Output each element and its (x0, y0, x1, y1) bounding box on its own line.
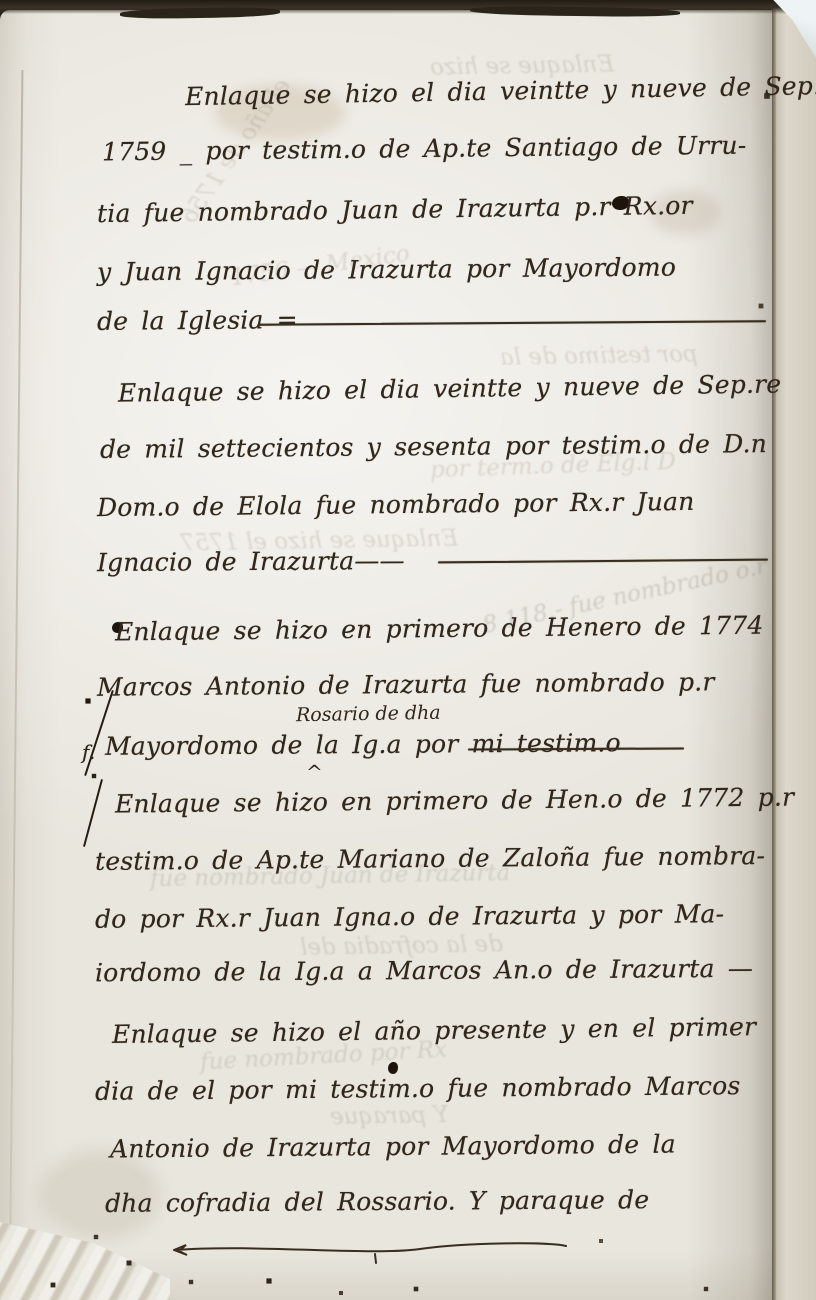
manuscript-line: 1759 _ por testim.o de Ap.te Santiago de… (102, 133, 747, 165)
manuscript-line: Dom.o de Elola fue nombrado por Rx.r Jua… (97, 489, 695, 520)
manuscript-line: do por Rx.r Juan Igna.o de Irazurta y po… (95, 901, 724, 931)
manuscript-line: y Juan Ignacio de Irazurta por Mayordomo (97, 254, 676, 284)
book-gutter-adjacent-page (772, 0, 816, 1300)
manuscript-line: Antonio de Irazurta por Mayordomo de la (110, 1132, 676, 1162)
bleedthrough-text: Y paraque (330, 1104, 449, 1129)
manuscript-line: de la Iglesia = (97, 307, 298, 334)
manuscript-line: de mil settecientos y sesenta por testim… (100, 431, 767, 462)
manuscript-line: testim.o de Ap.te Mariano de Zaloña fue … (95, 843, 765, 874)
manuscript-line: iordomo de la Ig.a a Marcos An.o de Iraz… (95, 956, 753, 986)
manuscript-line: Mayordomo de la Ig.a por mi testim.o (105, 730, 621, 759)
manuscript-line: dia de el por mi testim.o fue nombrado M… (95, 1073, 741, 1104)
insertion-caret: ^ (306, 760, 323, 784)
manuscript-line: dha cofradia del Rossario. Y paraque de (105, 1187, 649, 1216)
interline-insertion: Rosario de dha (296, 704, 441, 726)
manuscript-line: Ignacio de Irazurta—— (97, 548, 405, 575)
margin-mark: f. (82, 742, 95, 762)
manuscript-line: Enlaque se hizo en primero de Hen.o de 1… (115, 784, 794, 816)
bleedthrough-text: por testimo de la (500, 343, 698, 369)
manuscript-scan: Enlaque se hizo el año de 1756 1756 — Me… (0, 0, 816, 1300)
manuscript-line: Enlaque se hizo el año presente y en el … (112, 1014, 756, 1047)
closing-flourish (170, 1232, 570, 1268)
manuscript-line: Marcos Antonio de Irazurta fue nombrado … (97, 669, 715, 699)
page-edge (772, 0, 776, 1300)
manuscript-line: Enlaque se hizo en primero de Henero de … (115, 613, 764, 645)
paper-specks (0, 0, 2, 2)
